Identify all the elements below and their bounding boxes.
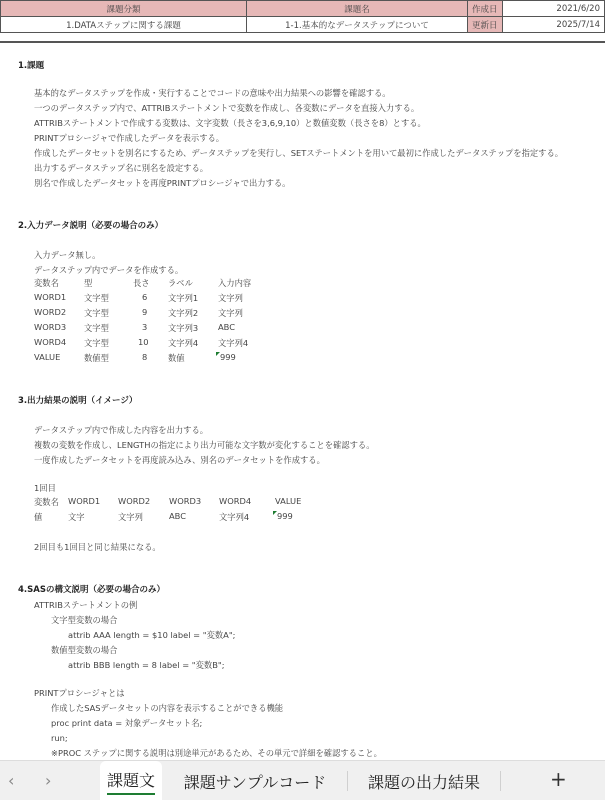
worksheet-body: 1.課題 基本的なデータステップを作成・実行することでコードの意味や出力結果への… <box>0 43 605 760</box>
section3-line: データステップ内で作成した内容を出力する。 <box>34 424 208 436</box>
cell: 文字列4 <box>219 511 249 523</box>
cell: 8 <box>142 352 147 362</box>
cell: 6 <box>142 292 147 302</box>
table-header-row: 変数名 型 長さ ラベル 入力内容 <box>34 277 294 292</box>
output-header-row: 変数名 WORD1 WORD2 WORD3 WORD4 VALUE <box>34 496 334 511</box>
tab-divider <box>500 771 501 791</box>
table-row: VALUE 数値型 8 数値 999 <box>34 352 294 367</box>
section3-line: 一度作成したデータセットを再度読み込み、別名のデータセットを作成する。 <box>34 454 325 466</box>
print-title: PRINTプロシージャとは <box>34 687 125 699</box>
section3-note: 2回目も1回目と同じ結果になる。 <box>34 541 161 553</box>
tab-divider <box>347 771 348 791</box>
cell: 値 <box>34 511 42 523</box>
cell: 文字列4 <box>218 337 248 349</box>
tab-sample-code[interactable]: 課題サンプルコード <box>165 761 345 800</box>
print-desc: 作成したSASデータセットの内容を表示することができる機能 <box>51 702 283 714</box>
column-header: 型 <box>84 277 92 289</box>
print-code: run; <box>51 732 68 744</box>
updated-label: 更新日 <box>468 17 503 33</box>
tab-kadaibun[interactable]: 課題文 <box>100 761 162 800</box>
print-note: ※PROC ステップに関する説明は別途単元があるため、その単元で詳細を確認するこ… <box>51 747 382 759</box>
section1-line: 基本的なデータステップを作成・実行することでコードの意味や出力結果への影響を確認… <box>34 87 391 99</box>
title-value[interactable]: 1-1.基本的なデータステップについて <box>247 17 468 33</box>
num-code: attrib BBB length = 8 label = "変数B"; <box>68 659 225 671</box>
cell: 文字列 <box>118 511 143 523</box>
section3-heading: 3.出力結果の説明（イメージ） <box>18 395 137 407</box>
section2-line: 入力データ無し。 <box>34 249 100 261</box>
tab-label: 課題文 <box>107 768 155 795</box>
cell: WORD4 <box>219 496 251 506</box>
cell: 文字列4 <box>168 337 198 349</box>
section2-heading: 2.入力データ説明（必要の場合のみ） <box>18 220 163 232</box>
column-header: ラベル <box>168 277 193 289</box>
cell: 10 <box>138 337 149 347</box>
prev-sheet-icon[interactable]: ‹ <box>8 771 14 790</box>
tab-output-result[interactable]: 課題の出力結果 <box>350 761 498 800</box>
cell: 文字型 <box>84 292 109 304</box>
cell: 変数名 <box>34 496 59 508</box>
cell: 文字型 <box>84 307 109 319</box>
cell: 数値型 <box>84 352 109 364</box>
cell: 文字列1 <box>168 292 198 304</box>
table-row: WORD3 文字型 3 文字列3 ABC <box>34 322 294 337</box>
cell: 文字列 <box>218 307 243 319</box>
title-label: 課題名 <box>247 1 468 17</box>
created-label: 作成日 <box>468 1 503 17</box>
cell: 文字型 <box>84 322 109 334</box>
cell: WORD2 <box>34 307 66 317</box>
cell: 文字列2 <box>168 307 198 319</box>
category-value[interactable]: 1.DATAステップに関する課題 <box>1 17 247 33</box>
add-sheet-icon[interactable]: + <box>550 767 567 791</box>
section1-line: 一つのデータステップ内で、ATTRIBステートメントで変数を作成し、各変数にデー… <box>34 102 419 114</box>
category-label: 課題分類 <box>1 1 247 17</box>
next-sheet-icon[interactable]: › <box>45 771 51 790</box>
header-table: 課題分類 課題名 作成日 2021/6/20 1.DATAステップに関する課題 … <box>0 0 605 33</box>
sheet-tab-bar: ‹ › 課題文 課題サンプルコード 課題の出力結果 + <box>0 760 605 800</box>
cell: 数値 <box>168 352 185 364</box>
updated-date[interactable]: 2025/7/14 <box>502 17 604 33</box>
cell: 3 <box>142 322 147 332</box>
cell: 文字列3 <box>168 322 198 334</box>
column-header: 入力内容 <box>218 277 251 289</box>
section1-line: 出力するデータステップ名に別名を設定する。 <box>34 162 208 174</box>
table-row: WORD2 文字型 9 文字列2 文字列 <box>34 307 294 322</box>
cell: WORD3 <box>169 496 201 506</box>
attrib-title: ATTRIBステートメントの例 <box>34 599 137 611</box>
input-data-table: 変数名 型 長さ ラベル 入力内容 WORD1 文字型 6 文字列1 文字列 W… <box>34 277 294 367</box>
section2-line: データステップ内でデータを作成する。 <box>34 264 183 276</box>
char-case: 文字型変数の場合 <box>51 614 117 626</box>
column-header: 長さ <box>133 277 150 289</box>
cell: WORD1 <box>68 496 100 506</box>
cell: 9 <box>142 307 147 317</box>
output-table: 変数名 WORD1 WORD2 WORD3 WORD4 VALUE 値 文字 文… <box>34 496 334 526</box>
created-date[interactable]: 2021/6/20 <box>502 1 604 17</box>
section1-line: 作成したデータセットを別名にするため、データステップを実行し、SETステートメン… <box>34 147 563 159</box>
section3-line: 複数の変数を作成し、LENGTHの指定により出力可能な文字数が変化することを確認… <box>34 439 375 451</box>
cell: 999 <box>273 511 293 521</box>
cell: 文字型 <box>84 337 109 349</box>
table-row: WORD4 文字型 10 文字列4 文字列4 <box>34 337 294 352</box>
table-row: WORD1 文字型 6 文字列1 文字列 <box>34 292 294 307</box>
section1-line: PRINTプロシージャで作成したデータを表示する。 <box>34 132 224 144</box>
cell: WORD2 <box>118 496 150 506</box>
tab-label: 課題サンプルコード <box>184 770 327 793</box>
char-code: attrib AAA length = $10 label = "変数A"; <box>68 629 235 641</box>
cell: 文字 <box>68 511 85 523</box>
output-value-row: 値 文字 文字列 ABC 文字列4 999 <box>34 511 334 526</box>
cell: 文字列 <box>218 292 243 304</box>
section1-heading: 1.課題 <box>18 60 44 72</box>
section1-line: ATTRIBステートメントで作成する変数は、文字変数（長さを3,6,9,10）と… <box>34 117 426 129</box>
section1-line: 別名で作成したデータセットを再度PRINTプロシージャで出力する。 <box>34 177 290 189</box>
cell: VALUE <box>34 352 60 362</box>
column-header: 変数名 <box>34 277 59 289</box>
tab-label: 課題の出力結果 <box>368 770 480 793</box>
print-code: proc print data = 対象データセット名; <box>51 717 202 729</box>
round-label: 1回目 <box>34 482 56 494</box>
cell: 999 <box>216 352 236 362</box>
cell: WORD4 <box>34 337 66 347</box>
cell: VALUE <box>275 496 301 506</box>
cell: WORD3 <box>34 322 66 332</box>
cell: WORD1 <box>34 292 66 302</box>
cell: ABC <box>169 511 186 521</box>
cell: ABC <box>218 322 235 332</box>
num-case: 数値型変数の場合 <box>51 644 117 656</box>
section4-heading: 4.SASの構文説明（必要の場合のみ） <box>18 584 165 596</box>
